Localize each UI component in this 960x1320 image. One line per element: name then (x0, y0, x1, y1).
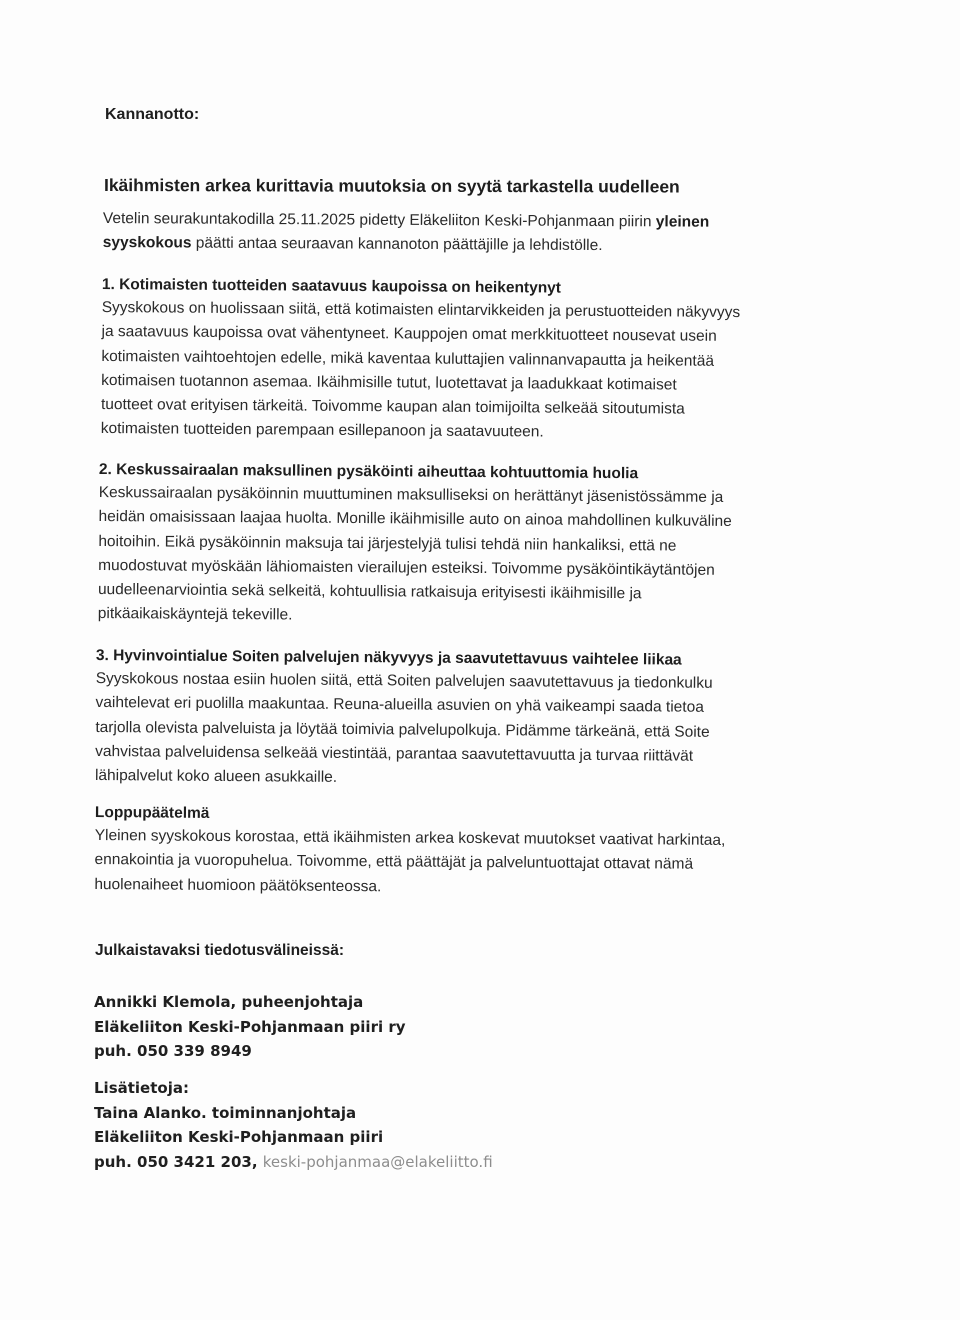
scan-artifact (14, 520, 64, 570)
section-body: Yleinen syyskokous korostaa, että ikäihm… (94, 824, 725, 902)
scanned-page: Kannanotto: Ikäihmisten arkea kurittavia… (0, 0, 960, 1320)
contact-phone: puh. 050 3421 203, (94, 1153, 263, 1171)
contact-name-role: Annikki Klemola, puheenjohtaja (94, 990, 406, 1015)
intro-text: Vetelin seurakuntakodilla 25.11.2025 pid… (103, 210, 656, 230)
intro-paragraph: Vetelin seurakuntakodilla 25.11.2025 pid… (103, 207, 710, 259)
section-hospital-parking: 2. Keskussairaalan maksullinen pysäköint… (98, 459, 733, 632)
contact-organization: Eläkeliiton Keski-Pohjanmaan piiri ry (94, 1015, 406, 1040)
contact-name-role: Taina Alanko. toiminnanjohtaja (94, 1101, 493, 1126)
section-domestic-products: 1. Kotimaisten tuotteiden saatavuus kaup… (101, 274, 741, 447)
intro-bold: yleinen (656, 213, 710, 230)
contact-organization: Eläkeliiton Keski-Pohjanmaan piiri (94, 1125, 493, 1150)
section-soite-services: 3. Hyvinvointialue Soiten palvelujen näk… (95, 645, 713, 793)
more-info-label: Lisätietoja: (94, 1076, 493, 1101)
more-info-contact: Lisätietoja: Taina Alanko. toiminnanjoht… (94, 1076, 493, 1174)
publish-label: Julkaistavaksi tiedotusvälineissä: (95, 942, 344, 960)
section-conclusion: Loppupäätelmä Yleinen syyskokous korosta… (94, 802, 725, 902)
document-title: Ikäihmisten arkea kurittavia muutoksia o… (104, 175, 680, 198)
section-body: Syyskokous on huolissaan siitä, että kot… (101, 296, 741, 447)
contact-email: keski-pohjanmaa@elakeliitto.fi (263, 1153, 493, 1171)
primary-contact: Annikki Klemola, puheenjohtaja Eläkeliit… (94, 990, 406, 1064)
section-body: Syyskokous nostaa esiin huolen siitä, et… (95, 667, 713, 793)
section-body: Keskussairaalan pysäköinnin muuttuminen … (98, 481, 732, 632)
contact-phone-email: puh. 050 3421 203, keski-pohjanmaa@elake… (94, 1150, 493, 1175)
intro-text: päätti antaa seuraavan kannanoton päättä… (191, 235, 602, 255)
intro-bold: syyskokous (103, 234, 192, 252)
document-label: Kannanotto: (105, 106, 199, 124)
contact-phone: puh. 050 339 8949 (94, 1039, 406, 1064)
